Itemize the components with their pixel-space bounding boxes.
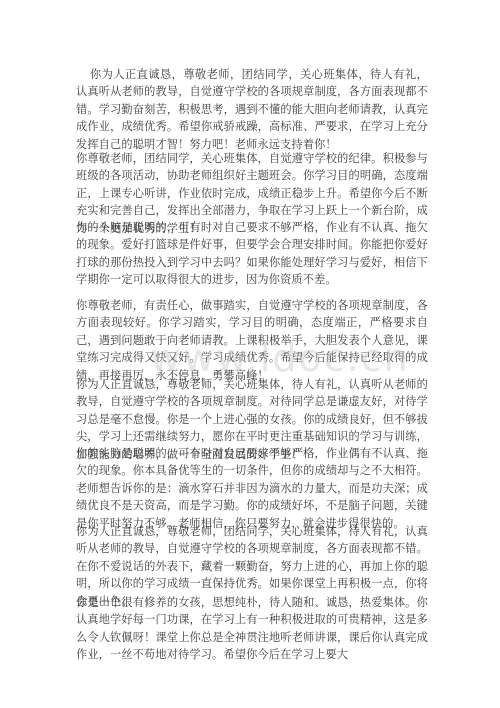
comment-paragraph-6: 你的头脑是聪明的，可有时对自己要求不够严格，作业偶有不认真、拖欠的现象。你本具备… [76,445,428,532]
comment-paragraph-1: 你为人正直诚恳，尊敬老师，团结同学，关心班集体，待人有礼，认真听从老师的教导，自… [76,66,428,153]
comment-paragraph-8: 你是一个很有修养的女孩，思想纯朴，待人随和、诚恳，热爱集体。你认真地学好每一门功… [76,594,428,664]
comment-paragraph-3: 你的头脑是聪明的，可有时对自己要求不够严格，作业有不认真、拖欠的现象。爱好打篮球… [76,219,428,289]
comment-paragraph-4: 你尊敬老师，有责任心，做事踏实，自觉遵守学校的各项规章制度，各方面表现较好。你学… [76,297,428,384]
